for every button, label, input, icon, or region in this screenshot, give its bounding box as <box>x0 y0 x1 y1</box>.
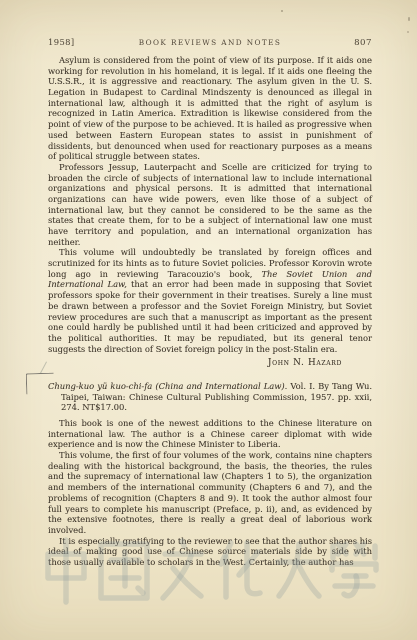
paragraph-volume-chapters: This volume, the first of four volumes o… <box>48 450 372 536</box>
paragraph-asylum: Asylum is considered from the point of v… <box>48 55 372 162</box>
paragraph-gratifying: It is especially gratifying to the revie… <box>48 536 372 568</box>
page-header: 1958] BOOK REVIEWS AND NOTES 807 <box>48 37 372 48</box>
paragraph-professors: Professors Jessup, Lauterpacht and Scell… <box>48 162 372 248</box>
scanned-journal-page: 1958] BOOK REVIEWS AND NOTES 807 Asylum … <box>0 0 417 640</box>
review-tang-wu: Chung-kuo yü kuo-chi-fa (China and Inter… <box>48 381 372 568</box>
reviewer-signature: John N. Hazard <box>48 358 372 369</box>
pencil-stray-stroke <box>40 362 47 374</box>
running-title: BOOK REVIEWS AND NOTES <box>110 38 310 47</box>
paper-speck <box>407 31 409 33</box>
paper-speck <box>408 17 410 21</box>
paragraph-book: This book is one of the newest additions… <box>48 418 372 450</box>
paper-speck <box>281 10 283 12</box>
review-hazard-continued: Asylum is considered from the point of v… <box>48 55 372 369</box>
page-number: 807 <box>310 38 372 48</box>
book-citation: Chung-kuo yü kuo-chi-fa (China and Inter… <box>48 381 372 413</box>
paragraph-volume: This volume will undoubtedly be translat… <box>48 247 372 354</box>
text-block: Asylum is considered from the point of v… <box>48 55 372 568</box>
pencil-corner-mark <box>26 373 55 395</box>
header-year: 1958] <box>48 37 110 47</box>
